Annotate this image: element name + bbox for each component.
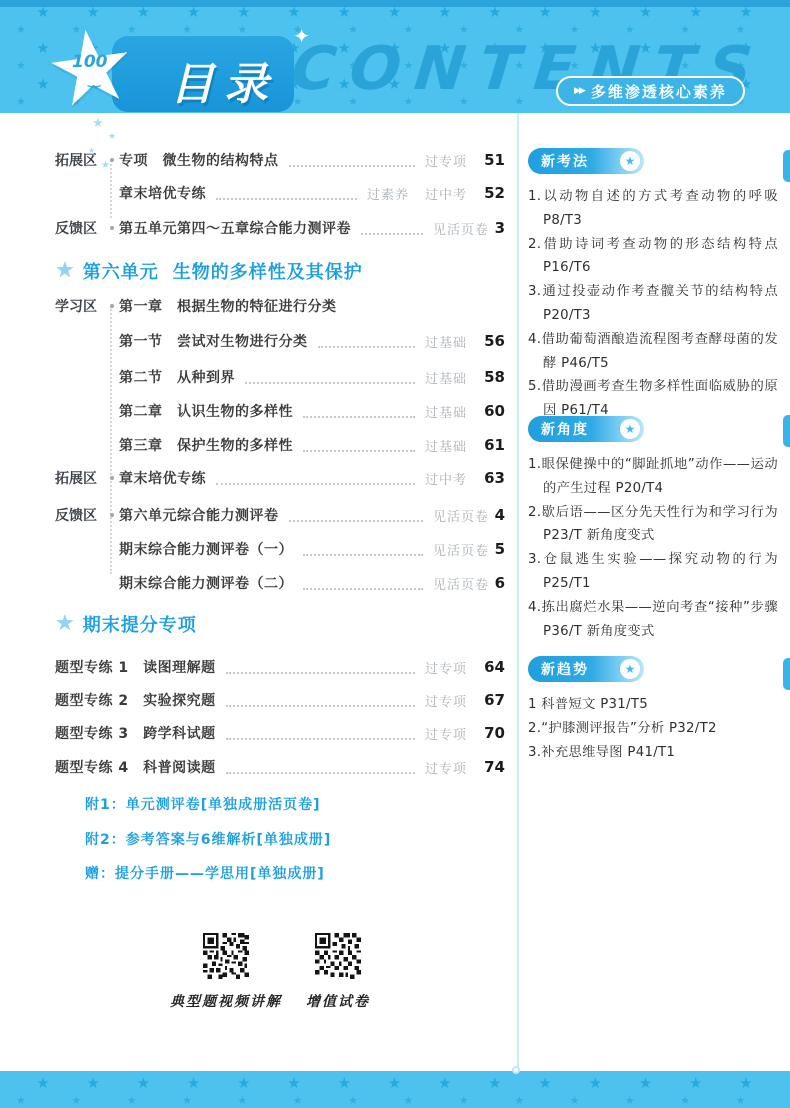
page-number: 51: [481, 151, 505, 169]
badge-new-angles: 新角度 ★: [528, 416, 644, 442]
toc-title: 专项 微生物的结构特点: [119, 150, 279, 170]
page-number: 67: [481, 691, 505, 709]
toc-title: 第二章 认识生物的多样性: [119, 401, 293, 421]
tag-label: 过基础: [425, 436, 467, 455]
toc-title: 期末综合能力测评卷（一）: [119, 539, 293, 559]
toc-title: 第五单元第四～五章综合能力测评卷: [119, 218, 351, 238]
sidebar-item: 4.借助葡萄酒酿造流程图考查酵母菌的发酵 P46/T5: [528, 328, 778, 376]
mascot-circle-icon: ★: [620, 659, 640, 679]
badge-new-methods: 新考法 ★: [528, 148, 644, 174]
sidebar-item: 2.借助诗词考查动物的形态结构特点 P16/T6: [528, 233, 778, 281]
dotted-leader: [303, 543, 423, 556]
sidebar-section-new-methods: 新考法 ★ 1.以动物自述的方式考查动物的呼吸 P8/T3 2.借助诗词考查动物…: [528, 148, 778, 423]
section-star-icon: ★: [55, 260, 75, 282]
page-number: 64: [481, 658, 505, 676]
appendix-text: 赠：提分手册——学思用[单独成册]: [85, 863, 325, 883]
badge-label: 新趋势: [528, 659, 589, 679]
mascot-circle-icon: ★: [620, 151, 640, 171]
star-pattern: [0, 1071, 790, 1108]
mascot-star: ★ 100 ‿: [46, 18, 156, 138]
region-label: 拓展区: [55, 150, 105, 170]
sidebar-list: 1.眼保健操中的“脚趾抓地”动作——运动的产生过程 P20/T4 2.歇后语——…: [528, 453, 778, 643]
page-number: 52: [481, 184, 505, 202]
sidebar-section-new-trends: 新趋势 ★ 1 科普短文 P31/T5 2.“护膝测评报告”分析 P32/T2 …: [528, 656, 778, 764]
page-number: 74: [481, 758, 505, 776]
page-number: 56: [481, 332, 505, 350]
toc-title: 章末培优专练: [119, 468, 206, 488]
tag-label: 过中考: [425, 184, 467, 203]
dotted-leader: [216, 472, 415, 485]
trail-star-icon: ★: [88, 146, 95, 155]
toc-title: 第二节 从种到界: [119, 367, 235, 387]
toc-title: 第一章 根据生物的特征进行分类: [119, 296, 337, 316]
tag-label: 过专项: [425, 658, 467, 677]
slogan-pill: ▶▶ 多维渗透核心素养: [556, 76, 745, 106]
region-label: 学习区: [55, 296, 105, 316]
badge-new-trends: 新趋势 ★: [528, 656, 644, 682]
toc-row: 第一节 尝试对生物进行分类 过基础 56: [55, 330, 505, 352]
mascot-circle-icon: ★: [620, 419, 640, 439]
toc-row: 第二章 认识生物的多样性 过基础 60: [55, 400, 505, 422]
dotted-leader: [303, 405, 415, 418]
toc-row: 章末培优专练 过素养 过中考 52: [55, 182, 505, 204]
page-number: 6: [493, 574, 505, 592]
sparkle-icon: ✦: [293, 24, 310, 48]
slogan-text: 多维渗透核心素养: [591, 81, 727, 102]
dotted-leader: [289, 509, 423, 522]
qr-label: 典型题视频讲解: [166, 991, 286, 1011]
sidebar-item: 2.“护膝测评报告”分析 P32/T2: [528, 717, 778, 741]
dotted-leader: [289, 154, 415, 167]
toc-row: 反馈区 第五单元第四～五章综合能力测评卷 见活页卷 3: [55, 217, 505, 239]
toc-title: 题型专练 1 读图理解题: [55, 657, 216, 677]
sidebar-item: 3.补充思维导图 P41/T1: [528, 741, 778, 765]
toc-title: 第六单元综合能力测评卷: [119, 505, 279, 525]
toc-row: 第三章 保护生物的多样性 过基础 61: [55, 434, 505, 456]
appendix-note: 附1：单元测评卷[单独成册活页卷]: [85, 793, 321, 815]
toc-row: 题型专练 4 科普阅读题 过专项 74: [55, 756, 505, 778]
sidebar-item: 1 科普短文 P31/T5: [528, 693, 778, 717]
sidebar-list: 1 科普短文 P31/T5 2.“护膝测评报告”分析 P32/T2 3.补充思维…: [528, 693, 778, 764]
dotted-leader: [245, 371, 415, 384]
sidebar-item: 3.通过投壶动作考查髋关节的结构特点 P20/T3: [528, 280, 778, 328]
toc-title: 题型专练 3 跨学科试题: [55, 723, 216, 743]
badge-label: 新角度: [528, 419, 589, 439]
dotted-leader: [318, 335, 415, 348]
tag-label: 见活页卷: [433, 219, 489, 238]
appendix-text: 附1：单元测评卷[单独成册活页卷]: [85, 794, 321, 814]
toc-row: 题型专练 3 跨学科试题 过专项 70: [55, 722, 505, 744]
toc-row: 题型专练 2 实验探究题 过专项 67: [55, 689, 505, 711]
dotted-leader: [226, 727, 415, 740]
region-label: 反馈区: [55, 218, 105, 238]
page-number: 3: [493, 219, 505, 237]
toc-row: 反馈区 第六单元综合能力测评卷 见活页卷 4: [55, 504, 505, 526]
tag-label: 过素养: [367, 184, 409, 203]
tag-label: 过专项: [425, 724, 467, 743]
tag-label: 过基础: [425, 402, 467, 421]
badge-label: 新考法: [528, 151, 589, 171]
page-title: 目录: [170, 48, 278, 112]
dotted-leader: [303, 577, 423, 590]
toc-row: 学习区 第一章 根据生物的特征进行分类: [55, 295, 505, 317]
divider-end-dot: [512, 1066, 520, 1074]
region-label: 拓展区: [55, 468, 105, 488]
qr-code: [203, 933, 249, 979]
dotted-leader: [226, 661, 415, 674]
tag-label: 见活页卷: [433, 574, 489, 593]
page-footer: [0, 1071, 790, 1108]
toc-row: 题型专练 1 读图理解题 过专项 64: [55, 656, 505, 678]
toc-title: 章末培优专练: [119, 183, 206, 203]
unit-name: 期末提分专项: [83, 611, 197, 637]
double-arrow-icon: ▶▶: [574, 86, 584, 96]
tag-label: 过基础: [425, 368, 467, 387]
toc-row: 第二节 从种到界 过基础 58: [55, 366, 505, 388]
toc-row: 期末综合能力测评卷（一） 见活页卷 5: [55, 538, 505, 560]
dotted-leader: [226, 694, 415, 707]
region-label: 反馈区: [55, 505, 105, 525]
sidebar-item: 3.仓鼠逃生实验——探究动物的行为 P25/T1: [528, 548, 778, 596]
bullet-dot: [105, 476, 119, 480]
page-number: 4: [493, 506, 505, 524]
page-number: 5: [493, 540, 505, 558]
trail-star-icon: ★: [101, 160, 110, 171]
sidebar-item: 4.拣出腐烂水果——逆向考查“接种”步骤 P36/T 新角度变式: [528, 596, 778, 644]
qr-code: [315, 933, 361, 979]
appendix-note: 附2：参考答案与6维解析[单独成册]: [85, 828, 331, 850]
edge-tab: [783, 150, 790, 182]
sidebar-item: 2.歇后语——区分先天性行为和学习行为 P23/T 新角度变式: [528, 501, 778, 549]
tag-label: 过专项: [425, 151, 467, 170]
page-number: 58: [481, 368, 505, 386]
tag-label: 过基础: [425, 332, 467, 351]
sidebar-list: 1.以动物自述的方式考查动物的呼吸 P8/T3 2.借助诗词考查动物的形态结构特…: [528, 185, 778, 423]
toc-row: 拓展区 章末培优专练 过中考 63: [55, 467, 505, 489]
dotted-leader: [303, 439, 415, 452]
tag-label: 过专项: [425, 758, 467, 777]
sidebar-divider: [517, 113, 519, 1071]
dotted-leader: [216, 187, 357, 200]
section-star-icon: ★: [55, 613, 75, 635]
tag-label: 过中考: [425, 469, 467, 488]
bullet-dot: [105, 513, 119, 517]
tag-label: 见活页卷: [433, 540, 489, 559]
unit-header: ★ 期末提分专项: [55, 609, 197, 639]
edge-tab: [783, 415, 790, 447]
sidebar-section-new-angles: 新角度 ★ 1.眼保健操中的“脚趾抓地”动作——运动的产生过程 P20/T4 2…: [528, 416, 778, 643]
mascot-number: 100: [72, 52, 108, 72]
qr-label: 增值试卷: [278, 991, 398, 1011]
toc-title: 期末综合能力测评卷（二）: [119, 573, 293, 593]
toc-row: 拓展区 专项 微生物的结构特点 过专项 51: [55, 149, 505, 171]
sidebar-item: 1.眼保健操中的“脚趾抓地”动作——运动的产生过程 P20/T4: [528, 453, 778, 501]
tag-label: 过专项: [425, 691, 467, 710]
appendix-note: 赠：提分手册——学思用[单独成册]: [85, 862, 325, 884]
edge-tab: [783, 658, 790, 690]
appendix-text: 附2：参考答案与6维解析[单独成册]: [85, 829, 331, 849]
page-number: 63: [481, 469, 505, 487]
toc-page: CONTENTS 目录 ✦ ▶▶ 多维渗透核心素养 ★ 100 ‿ ★ ★ ★ …: [0, 0, 790, 1108]
toc-title: 题型专练 2 实验探究题: [55, 690, 216, 710]
sidebar-item: 1.以动物自述的方式考查动物的呼吸 P8/T3: [528, 185, 778, 233]
dotted-leader: [361, 222, 423, 235]
bullet-dot: [105, 226, 119, 230]
toc-title: 第一节 尝试对生物进行分类: [119, 331, 308, 351]
page-number: 61: [481, 436, 505, 454]
toc-title: 第三章 保护生物的多样性: [119, 435, 293, 455]
page-number: 60: [481, 402, 505, 420]
qr-video-block: 典型题视频讲解: [166, 933, 286, 1011]
page-number: 70: [481, 724, 505, 742]
unit-header: ★ 第六单元 生物的多样性及其保护: [55, 256, 363, 286]
tag-label: 见活页卷: [433, 506, 489, 525]
bullet-dot: [105, 304, 119, 308]
qr-papers-block: 增值试卷: [278, 933, 398, 1011]
unit-name: 生物的多样性及其保护: [173, 258, 363, 284]
toc-title: 题型专练 4 科普阅读题: [55, 757, 216, 777]
mascot-smile-icon: ‿: [88, 70, 100, 88]
toc-row: 期末综合能力测评卷（二） 见活页卷 6: [55, 572, 505, 594]
dotted-leader: [226, 761, 415, 774]
unit-number: 第六单元: [83, 258, 159, 284]
